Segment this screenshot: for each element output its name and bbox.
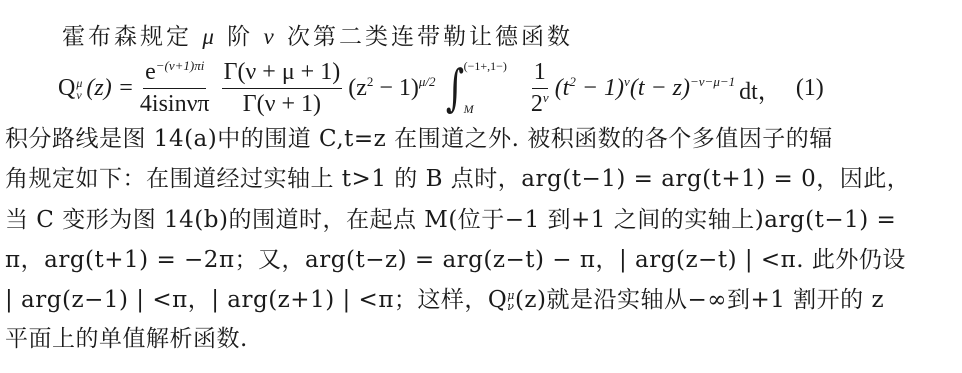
- paragraph-line-6: 平面上的单值解析函数.: [5, 320, 248, 353]
- differential: dt，: [739, 71, 782, 106]
- paragraph-line-5: | arg(z−1) | <π，| arg(z+1) | <π；这样，Qμν(z…: [5, 281, 884, 314]
- denominator: Γ(ν + 1): [243, 89, 321, 118]
- numerator: 1: [532, 59, 548, 89]
- integrand-part: − 1): [576, 75, 624, 101]
- power-fraction: 1 2ν: [531, 59, 549, 118]
- degree-nu: ν: [76, 89, 82, 101]
- e-symbol: e: [145, 59, 156, 85]
- integrand-part: (t − z): [630, 75, 690, 101]
- line-text: | arg(z−1) | <π，| arg(z+1) | <π；这样，Q: [5, 287, 507, 313]
- exponent: −(ν+1)πi: [156, 58, 205, 73]
- numerator: Γ(ν + μ + 1): [222, 59, 343, 89]
- paragraph-line-2: 角规定如下：在围道经过实轴上 t>1 的 B 点时，arg(t−1) = arg…: [5, 160, 910, 193]
- line-text: (z)就是沿实轴从−∞到+1 割开的 z: [515, 287, 884, 313]
- upper-limit: (−1+,1−): [464, 59, 507, 74]
- exponent: ν: [543, 90, 549, 105]
- heading-text: 霍布森规定: [62, 24, 192, 50]
- denominator: 2: [531, 91, 543, 117]
- lhs-argument: (z) =: [86, 75, 134, 102]
- heading-text: 阶: [227, 24, 253, 50]
- exponential-fraction: e−(ν+1)πi 4isinνπ: [140, 59, 210, 118]
- paragraph-line-3: 当 C 变形为图 14(b)的围道时，在起点 M(位于−1 到+1 之间的实轴上…: [5, 201, 896, 234]
- equation-number: (1): [796, 75, 824, 102]
- paragraph-line-1: 积分路线是图 14(a)中的围道 C,t=z 在围道之外. 被积函数的各个多值因…: [5, 120, 833, 153]
- q-function-lhs: Qμν: [58, 75, 82, 102]
- integral-sign-icon: ∫: [445, 63, 463, 113]
- nu-symbol: ν: [263, 24, 276, 49]
- gamma-fraction: Γ(ν + μ + 1) Γ(ν + 1): [222, 59, 343, 118]
- exponent: −ν−μ−1: [690, 74, 735, 89]
- factor-text: (z: [348, 75, 367, 101]
- mu-symbol: μ: [202, 24, 217, 49]
- degree-nu: ν: [507, 301, 515, 312]
- contour-integral: ∫ (−1+,1−) M: [442, 59, 507, 117]
- integrand: (t2 − 1)ν(t − z)−ν−μ−1: [555, 75, 735, 102]
- heading-text: 次第二类连带勒让德函数: [287, 24, 573, 50]
- integrand-part: (t: [555, 75, 570, 101]
- section-heading: 霍布森规定 μ 阶 ν 次第二类连带勒让德函数: [62, 18, 573, 51]
- exponent: μ/2: [419, 74, 436, 89]
- denominator: 4isinνπ: [140, 89, 210, 118]
- z-factor: (z2 − 1)μ/2: [348, 75, 435, 102]
- paragraph-line-4: π，arg(t+1) = −2π；又，arg(t−z) = arg(z−t) −…: [5, 241, 906, 274]
- equation-1: Qμν (z) = e−(ν+1)πi 4isinνπ Γ(ν + μ + 1)…: [58, 56, 824, 120]
- factor-text: − 1): [373, 75, 419, 101]
- q-symbol: Q: [58, 75, 75, 101]
- lower-limit: M: [464, 102, 507, 117]
